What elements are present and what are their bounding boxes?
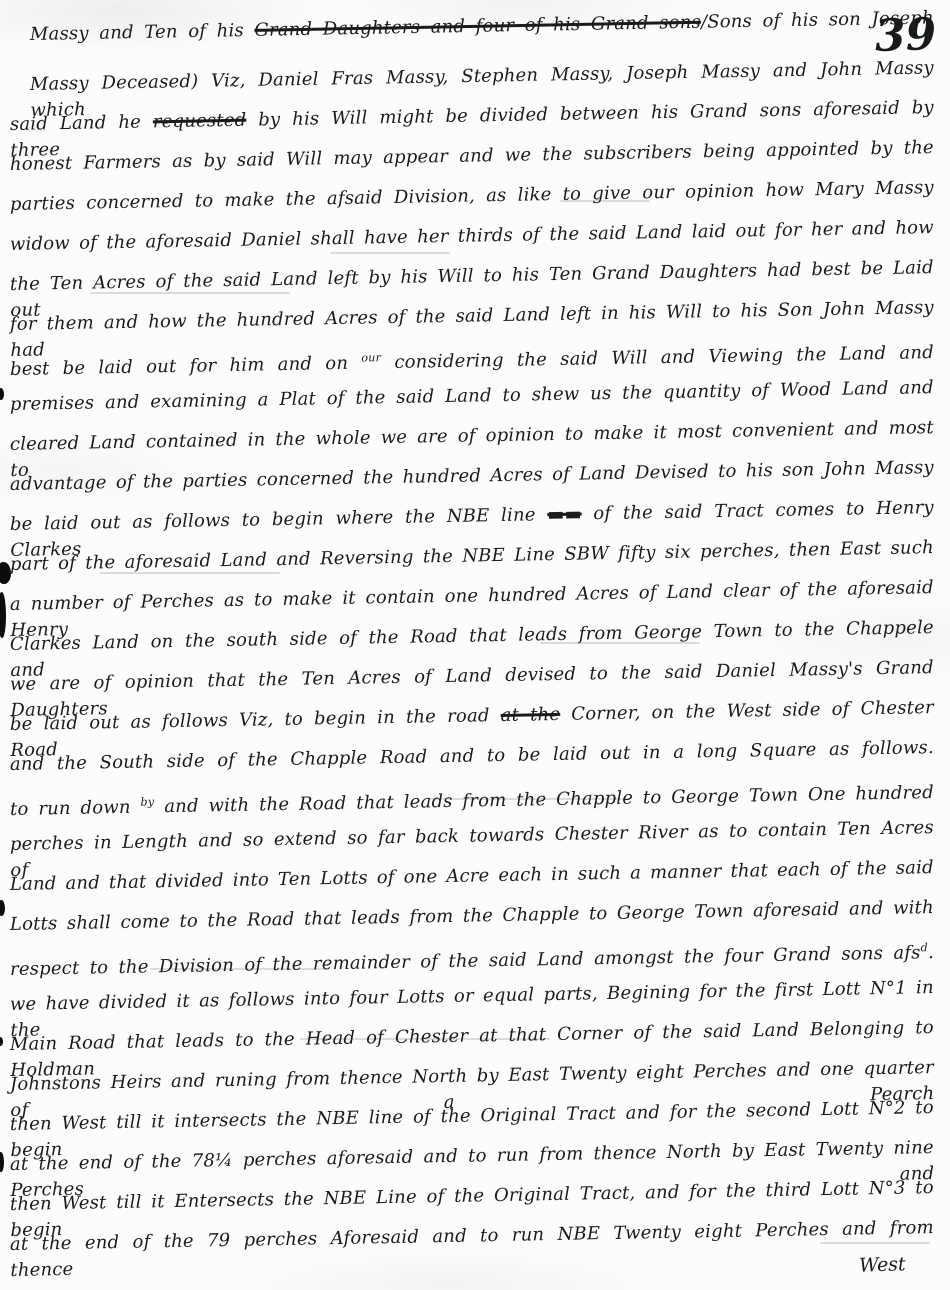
ink-blot <box>0 1037 3 1046</box>
text-segment: at the end of the 79 perches Aforesaid a… <box>10 1217 934 1281</box>
manuscript-line: Clarkes Land on the south side of the Ro… <box>10 615 934 662</box>
text-segment: be laid out as follows to begin where th… <box>10 504 548 535</box>
text-segment: said Land he <box>10 111 153 135</box>
manuscript-line: Johnstons Heirs and runing from thence N… <box>10 1055 934 1102</box>
text-segment: Massy and Ten of his <box>30 20 255 45</box>
manuscript-line: premises and examining a Plat of the sai… <box>10 375 934 422</box>
text-segment: Land and that divided into Ten Lotts of … <box>10 857 934 895</box>
text-segment: advantage of the parties concerned the h… <box>10 457 934 495</box>
manuscript-line: and the South side of the Chapple Road a… <box>10 735 934 782</box>
text-segment: at the <box>501 704 561 726</box>
manuscript-line: a number of Perches as to make it contai… <box>10 575 934 622</box>
catchword: West <box>859 1253 906 1277</box>
manuscript-line: Massy and Ten of his Grand Daughters and… <box>30 5 934 52</box>
text-segment: our <box>361 351 381 364</box>
ink-streak <box>330 252 450 254</box>
text-segment: requested <box>153 110 247 133</box>
manuscript-line: cleared Land contained in the whole we a… <box>10 415 934 462</box>
text-segment: /Sons of his son Joseph <box>701 7 934 32</box>
manuscript-page: 39 Massy and Ten of his Grand Daughters … <box>0 0 950 1290</box>
manuscript-line: at the end of the 79 perches Aforesaid a… <box>10 1215 934 1262</box>
manuscript-line: at the end of the 78¼ perches aforesaid … <box>10 1135 934 1182</box>
manuscript-line: parties concerned to make the afsaid Div… <box>10 175 934 222</box>
text-segment: premises and examining a Plat of the sai… <box>10 377 934 415</box>
text-segment: Lotts shall come to the Road that leads … <box>10 897 934 935</box>
ink-streak <box>90 292 290 294</box>
text-segment: Grand Daughters and four of his Grand so… <box>254 12 701 41</box>
manuscript-line: part of the aforesaid Land and Reversing… <box>10 535 934 582</box>
manuscript-line: Land and that divided into Ten Lotts of … <box>10 855 934 902</box>
text-segment: and the South side of the Chapple Road a… <box>10 737 934 775</box>
manuscript-line: we have divided it as follows into four … <box>10 975 934 1022</box>
text-segment: widow of the aforesaid Daniel shall have… <box>10 217 934 255</box>
text-segment: considering the said Will and Viewing th… <box>381 342 934 373</box>
manuscript-line: be laid out as follows Viz, to begin in … <box>10 695 934 742</box>
manuscript-line: best be laid out for him and on our cons… <box>10 335 934 382</box>
manuscript-line: we are of opinion that the Ten Acres of … <box>10 655 934 702</box>
text-segment: . <box>928 942 934 963</box>
ink-streak <box>300 1038 550 1040</box>
manuscript-line: respect to the Division of the remainder… <box>10 935 934 982</box>
manuscript-line: Lotts shall come to the Road that leads … <box>10 895 934 942</box>
ink-blot <box>0 900 5 916</box>
text-segment: honest Farmers as by said Will may appea… <box>10 137 934 175</box>
text-segment: by <box>140 795 154 808</box>
manuscript-line: honest Farmers as by said Will may appea… <box>10 135 934 182</box>
ink-blot <box>0 592 6 638</box>
text-segment: part of the aforesaid Land and Reversing… <box>10 537 934 575</box>
text-segment: respect to the Division of the remainder… <box>10 942 921 980</box>
ink-blot <box>0 388 4 400</box>
manuscript-line: Massy Deceased) Viz, Daniel Fras Massy, … <box>30 55 934 102</box>
manuscript-line: the Ten Acres of the said Land left by h… <box>10 255 934 302</box>
manuscript-line: said Land he requested by his Will might… <box>10 95 934 142</box>
manuscript-line: be laid out as follows to begin where th… <box>10 495 934 542</box>
ink-streak <box>820 1242 930 1244</box>
ink-blot <box>0 1152 4 1172</box>
ink-streak <box>100 572 280 574</box>
manuscript-line: widow of the aforesaid Daniel shall have… <box>10 215 934 262</box>
manuscript-line: advantage of the parties concerned the h… <box>10 455 934 502</box>
text-segment: parties concerned to make the afsaid Div… <box>10 177 934 215</box>
manuscript-line: for them and how the hundred Acres of th… <box>10 295 934 342</box>
manuscript-line: perches in Length and so extend so far b… <box>10 815 934 862</box>
text-segment: to run down <box>10 797 141 820</box>
ink-streak <box>540 642 700 644</box>
ink-streak <box>560 200 650 202</box>
text-segment: ▬▬ <box>547 504 582 526</box>
text-segment: best be laid out for him and on <box>10 353 362 380</box>
ink-streak <box>430 798 630 800</box>
ink-streak <box>150 968 330 970</box>
